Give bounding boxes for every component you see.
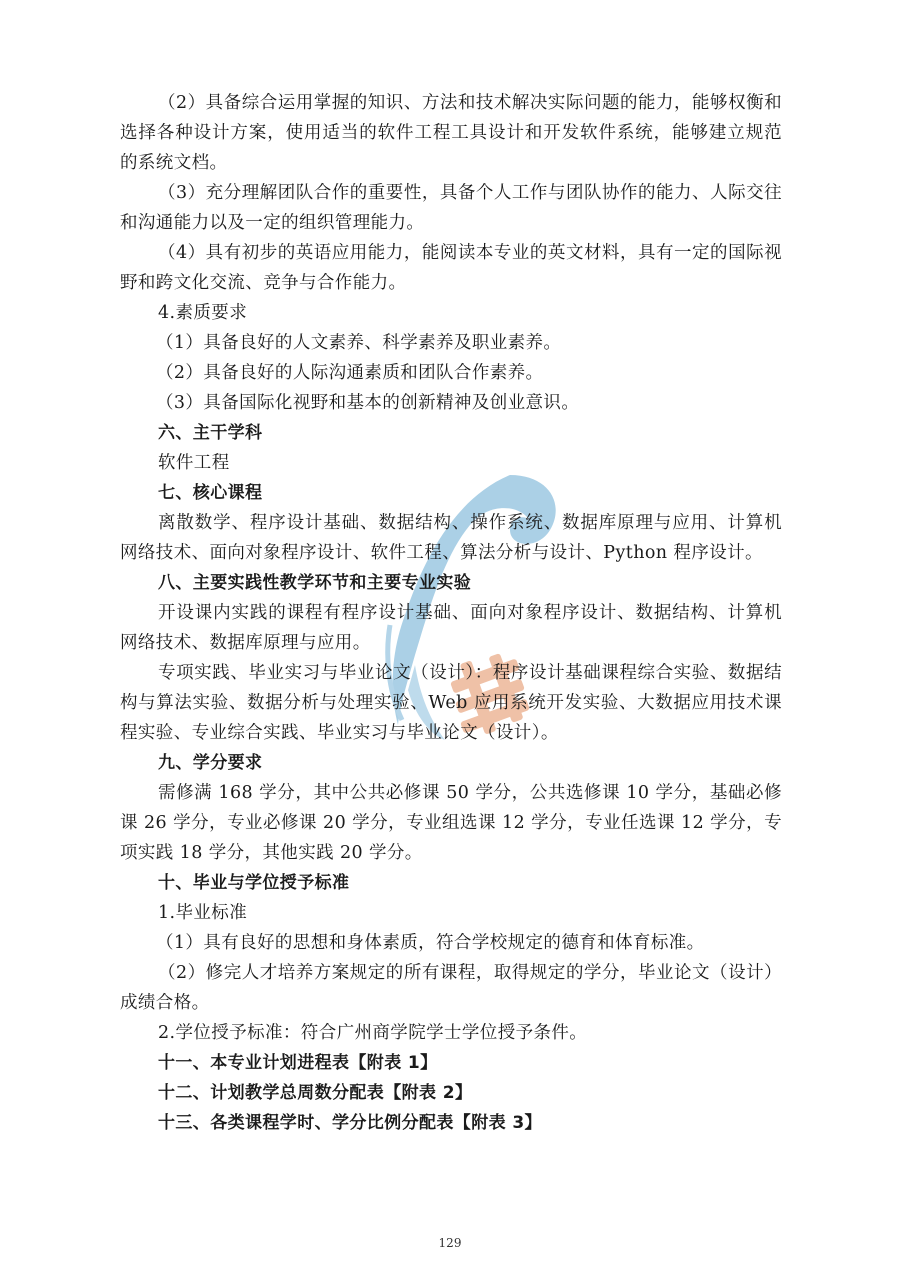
section-heading-appendix-3: 十三、各类课程学时、学分比例分配表【附表 3】 <box>120 1108 782 1138</box>
section-heading-main-discipline: 六、主干学科 <box>120 418 782 448</box>
paragraph-special-practice: 专项实践、毕业实习与毕业论文（设计）：程序设计基础课程综合实验、数据结构与算法实… <box>120 658 782 748</box>
subheading-graduation-standards: 1.毕业标准 <box>120 898 782 928</box>
paragraph-graduation-1: （1）具有良好的思想和身体素质，符合学校规定的德育和体育标准。 <box>120 928 782 958</box>
document-body: （2）具备综合运用掌握的知识、方法和技术解决实际问题的能力，能够权衡和选择各种设… <box>120 88 782 1138</box>
section-heading-practical-teaching: 八、主要实践性教学环节和主要专业实验 <box>120 568 782 598</box>
paragraph-main-discipline: 软件工程 <box>120 448 782 478</box>
paragraph-in-course-practice: 开设课内实践的课程有程序设计基础、面向对象程序设计、数据结构、计算机网络技术、数… <box>120 598 782 658</box>
paragraph-credit-requirements: 需修满 168 学分，其中公共必修课 50 学分，公共选修课 10 学分，基础必… <box>120 778 782 868</box>
section-heading-graduation-degree: 十、毕业与学位授予标准 <box>120 868 782 898</box>
section-heading-core-courses: 七、核心课程 <box>120 478 782 508</box>
section-heading-appendix-1: 十一、本专业计划进程表【附表 1】 <box>120 1048 782 1078</box>
paragraph-degree-standard: 2.学位授予标准：符合广州商学院学士学位授予条件。 <box>120 1018 782 1048</box>
paragraph-quality-3: （3）具备国际化视野和基本的创新精神及创业意识。 <box>120 388 782 418</box>
paragraph-graduation-2: （2）修完人才培养方案规定的所有课程，取得规定的学分，毕业论文（设计）成绩合格。 <box>120 958 782 1018</box>
section-heading-appendix-2: 十二、计划教学总周数分配表【附表 2】 <box>120 1078 782 1108</box>
paragraph-ability-3: （3）充分理解团队合作的重要性，具备个人工作与团队协作的能力、人际交往和沟通能力… <box>120 178 782 238</box>
paragraph-ability-2: （2）具备综合运用掌握的知识、方法和技术解决实际问题的能力，能够权衡和选择各种设… <box>120 88 782 178</box>
document-page: （2）具备综合运用掌握的知识、方法和技术解决实际问题的能力，能够权衡和选择各种设… <box>0 0 900 1272</box>
subheading-quality-requirements: 4.素质要求 <box>120 298 782 328</box>
paragraph-ability-4: （4）具有初步的英语应用能力，能阅读本专业的英文材料，具有一定的国际视野和跨文化… <box>120 238 782 298</box>
page-number: 129 <box>0 1236 900 1250</box>
paragraph-quality-1: （1）具备良好的人文素养、科学素养及职业素养。 <box>120 328 782 358</box>
section-heading-credit-requirements: 九、学分要求 <box>120 748 782 778</box>
paragraph-core-courses: 离散数学、程序设计基础、数据结构、操作系统、数据库原理与应用、计算机网络技术、面… <box>120 508 782 568</box>
paragraph-quality-2: （2）具备良好的人际沟通素质和团队合作素养。 <box>120 358 782 388</box>
